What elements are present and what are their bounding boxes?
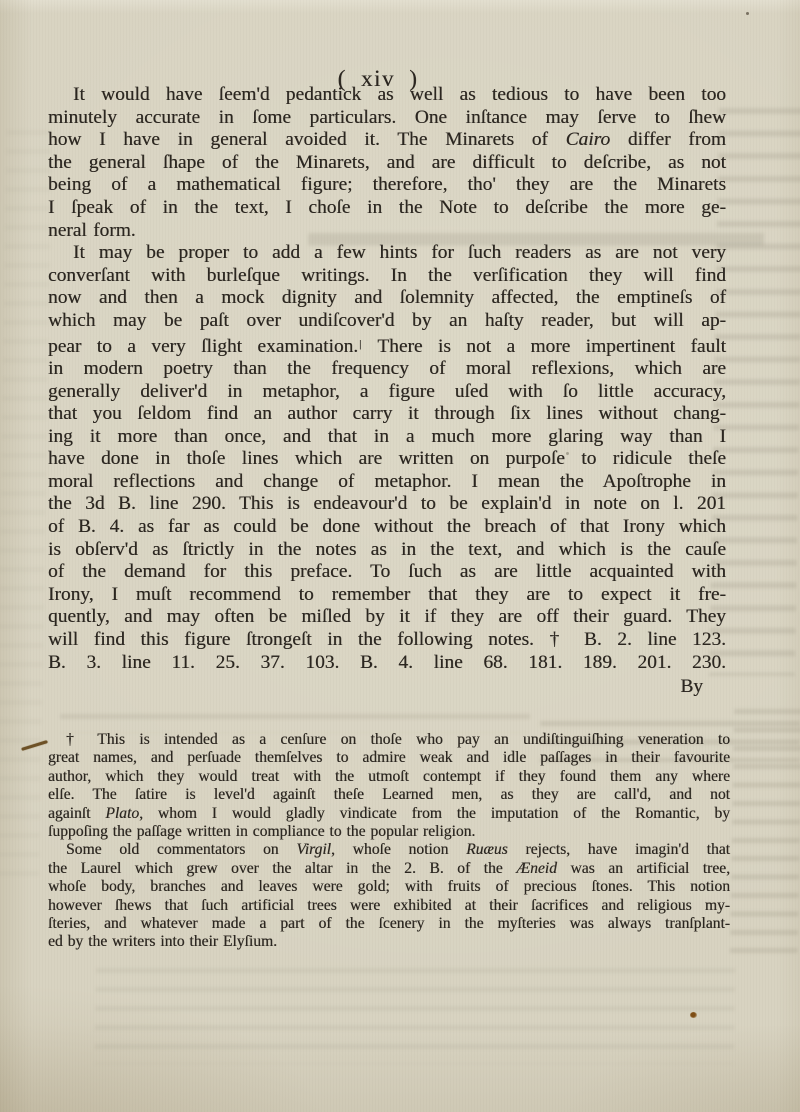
text-line: the Laurel which grew over the altar in … [48, 860, 730, 878]
text-line: ſteries, and whatever made a part of the… [48, 915, 730, 933]
paragraph: † This is intended as a cenſure on thoſe… [48, 731, 730, 841]
text-line: author, which they would treat with the … [48, 768, 730, 786]
text-line: neral form. [48, 220, 726, 243]
text-line: how I have in general avoided it. The Mi… [48, 129, 726, 152]
text-line: pear to a very ſlight examination.| Ther… [48, 333, 726, 358]
text-line: ſuppoſing the paſſage written in complia… [48, 823, 730, 841]
text-line: which may be paſt over undiſcover'd by a… [48, 310, 726, 333]
text-line: minutely accurate in ſome particulars. O… [48, 107, 726, 130]
main-text-block: It would have ſeem'd pedantick as well a… [48, 84, 726, 674]
text-line: quently, and may often be miſled by it i… [48, 606, 726, 629]
foxing-spot [690, 1012, 697, 1018]
text-line: have done in thoſe lines which are writt… [48, 448, 726, 471]
text-line: however ſhews that ſuch artificial trees… [48, 897, 730, 915]
paragraph: Some old commentators on Virgil, whoſe n… [48, 841, 730, 951]
text-line: Some old commentators on Virgil, whoſe n… [48, 841, 730, 859]
text-line: of the demand for this preface. To ſuch … [48, 561, 726, 584]
text-line: converſant with burleſque writings. In t… [48, 265, 726, 288]
text-line: I ſpeak of in the text, I choſe in the N… [48, 197, 726, 220]
text-line: It may be proper to add a few hints for … [48, 242, 726, 265]
text-line: that you ſeldom find an author carry it … [48, 403, 726, 426]
text-line: Irony, I muſt recommend to remember that… [48, 584, 726, 607]
text-line: moral reflections and change of metaphor… [48, 471, 726, 494]
text-line: ing it more than once, and that in a muc… [48, 426, 726, 449]
footnote-block: † This is intended as a cenſure on thoſe… [48, 731, 730, 952]
ink-speck [566, 452, 569, 455]
text-line: ed by the writers into their Elyſium. [48, 933, 730, 951]
paragraph: It would have ſeem'd pedantick as well a… [48, 84, 726, 242]
text-line: in modern poetry than the frequency of m… [48, 358, 726, 381]
text-line: elſe. The ſatire is level'd againſt theſ… [48, 786, 730, 804]
text-line: of B. 4. as far as could be done without… [48, 516, 726, 539]
paragraph: It may be proper to add a few hints for … [48, 242, 726, 674]
catchword: By [48, 676, 703, 698]
text-line: the general ſhape of the Minarets, and a… [48, 152, 726, 175]
ink-speck [746, 12, 749, 15]
text-line: will find this figure ſtrongeſt in the f… [48, 629, 726, 652]
text-line: being of a mathematical figure; therefor… [48, 174, 726, 197]
text-line: is obſerv'd as ſtrictly in the notes as … [48, 539, 726, 562]
text-line: the 3d B. line 290. This is endeavour'd … [48, 493, 726, 516]
book-page-scan: { "page": { "header": "( xiv )", "catchw… [0, 0, 800, 1112]
text-line: great names, and perſuade themſelves to … [48, 749, 730, 767]
text-line: now and then a mock dignity and ſolemnit… [48, 287, 726, 310]
text-line: generally deliver'd in metaphor, a figur… [48, 381, 726, 404]
text-line: whoſe body, branches and leaves were gol… [48, 878, 730, 896]
text-line: B. 3. line 11. 25. 37. 103. B. 4. line 6… [48, 652, 726, 675]
text-line: againſt Plato, whom I would gladly vindi… [48, 805, 730, 823]
text-line: † This is intended as a cenſure on thoſe… [48, 731, 730, 749]
ink-tick-artifact: | [359, 338, 361, 350]
text-line: It would have ſeem'd pedantick as well a… [48, 84, 726, 107]
